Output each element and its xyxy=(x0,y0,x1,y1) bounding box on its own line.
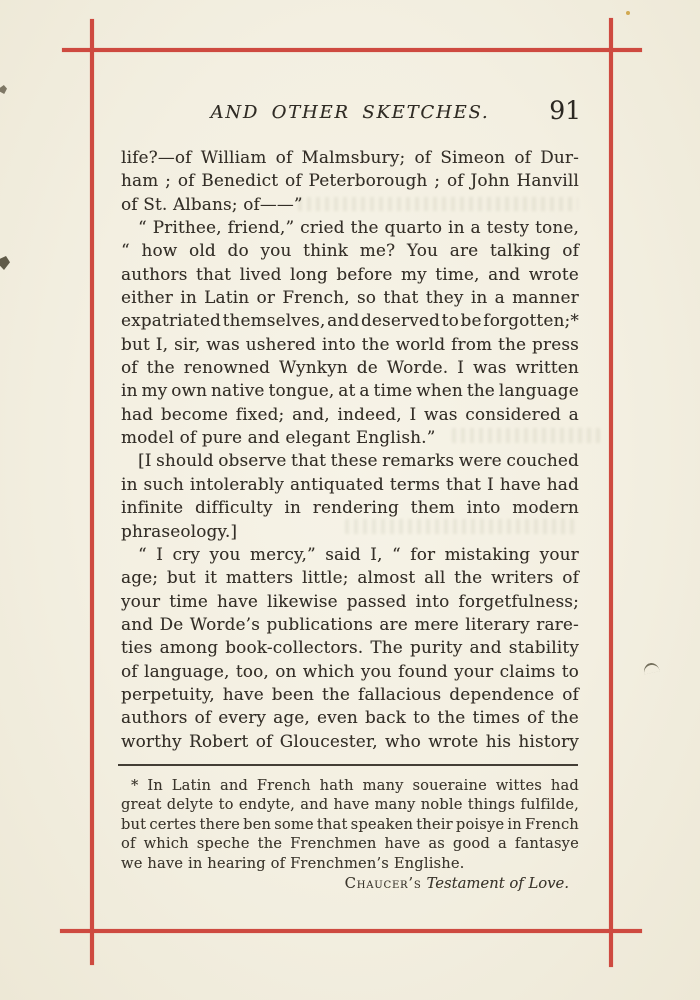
text-line: phraseology.] xyxy=(121,520,579,543)
text-line: authorsofeveryage,evenbacktothetimesofth… xyxy=(121,706,579,729)
text-line: insuchintolerablyantiquatedtermsthatIhav… xyxy=(121,473,579,496)
text-line: perpetuity,havebeenthefallaciousdependen… xyxy=(121,683,579,706)
text-line: age;butitmatterslittle;almostallthewrite… xyxy=(121,566,579,589)
text-line: “howolddoyouthinkme?Youaretalkingof xyxy=(121,239,579,262)
text-line: we have in hearing of Frenchmen’s Englis… xyxy=(121,854,579,873)
book-page: AND OTHER SKETCHES. 91 life?—ofWilliamof… xyxy=(0,0,700,1000)
text-line: model of pure and elegant English.” xyxy=(121,426,579,449)
footnote-text: *InLatinandFrenchhathmanysouerainewittes… xyxy=(121,776,579,873)
text-line: greatdelytetoendyte,andhavemanynoblethin… xyxy=(121,795,579,814)
text-line: tiesamongbook-collectors.Thepurityandsta… xyxy=(121,636,579,659)
text-line: oflanguage,too,onwhichyoufoundyourclaims… xyxy=(121,660,579,683)
frame-right-line xyxy=(609,18,613,967)
footnote-divider-rule xyxy=(118,764,578,766)
running-header-title: AND OTHER SKETCHES. xyxy=(121,102,579,123)
page-number: 91 xyxy=(549,96,581,125)
text-line: ham;ofBenedictofPeterborough;ofJohnHanvi… xyxy=(121,169,579,192)
body-text: life?—ofWilliamofMalmsbury;ofSimeonofDur… xyxy=(121,146,579,753)
margin-mark xyxy=(0,85,7,94)
text-line: andDeWorde’spublicationsaremereliteraryr… xyxy=(121,613,579,636)
text-line: of St. Albans; of——” xyxy=(121,193,579,216)
margin-squiggle-mark xyxy=(642,661,660,674)
text-line: oftherenownedWynkyndeWorde.Iwaswritten xyxy=(121,356,579,379)
frame-top-line xyxy=(62,48,642,52)
text-line: inmyownnativetongue,atatimewhenthelangua… xyxy=(121,379,579,402)
text-line: *InLatinandFrenchhathmanysouerainewittes… xyxy=(121,776,579,795)
text-line: “Prithee,friend,”criedthequartoinatestyt… xyxy=(121,216,579,239)
text-line: butI,sir,wasusheredintotheworldfromthepr… xyxy=(121,333,579,356)
text-line: eitherinLatinorFrench,sothattheyinamanne… xyxy=(121,286,579,309)
text-line: ofwhichspechetheFrenchmenhaveasgoodafant… xyxy=(121,834,579,853)
text-line: infinitedifficultyinrenderingthemintomod… xyxy=(121,496,579,519)
text-line: [Ishouldobservethattheseremarkswerecouch… xyxy=(121,449,579,472)
attribution-author: Chaucer’s xyxy=(345,875,422,892)
text-line: authorsthatlivedlongbeforemytime,andwrot… xyxy=(121,263,579,286)
paper-speck xyxy=(626,11,630,15)
attribution-work-title: Testament of Love. xyxy=(427,875,569,892)
frame-left-line xyxy=(90,19,94,965)
text-line: life?—ofWilliamofMalmsbury;ofSimeonofDur… xyxy=(121,146,579,169)
footnote-attribution: Chaucer’sTestament of Love. xyxy=(121,875,579,892)
margin-mark xyxy=(0,256,10,270)
text-line: “Icryyoumercy,”saidI,“formistakingyour xyxy=(121,543,579,566)
text-line: butcertestherebensomethatspeakentheirpoi… xyxy=(121,815,579,834)
text-line: hadbecomefixed;and,indeed,Iwasconsidered… xyxy=(121,403,579,426)
text-line: expatriatedthemselves,anddeservedtobefor… xyxy=(121,309,579,332)
text-line: worthyRobertofGloucester,whowrotehishist… xyxy=(121,730,579,753)
text-line: yourtimehavelikewisepassedintoforgetfuln… xyxy=(121,590,579,613)
frame-bottom-line xyxy=(60,929,642,933)
